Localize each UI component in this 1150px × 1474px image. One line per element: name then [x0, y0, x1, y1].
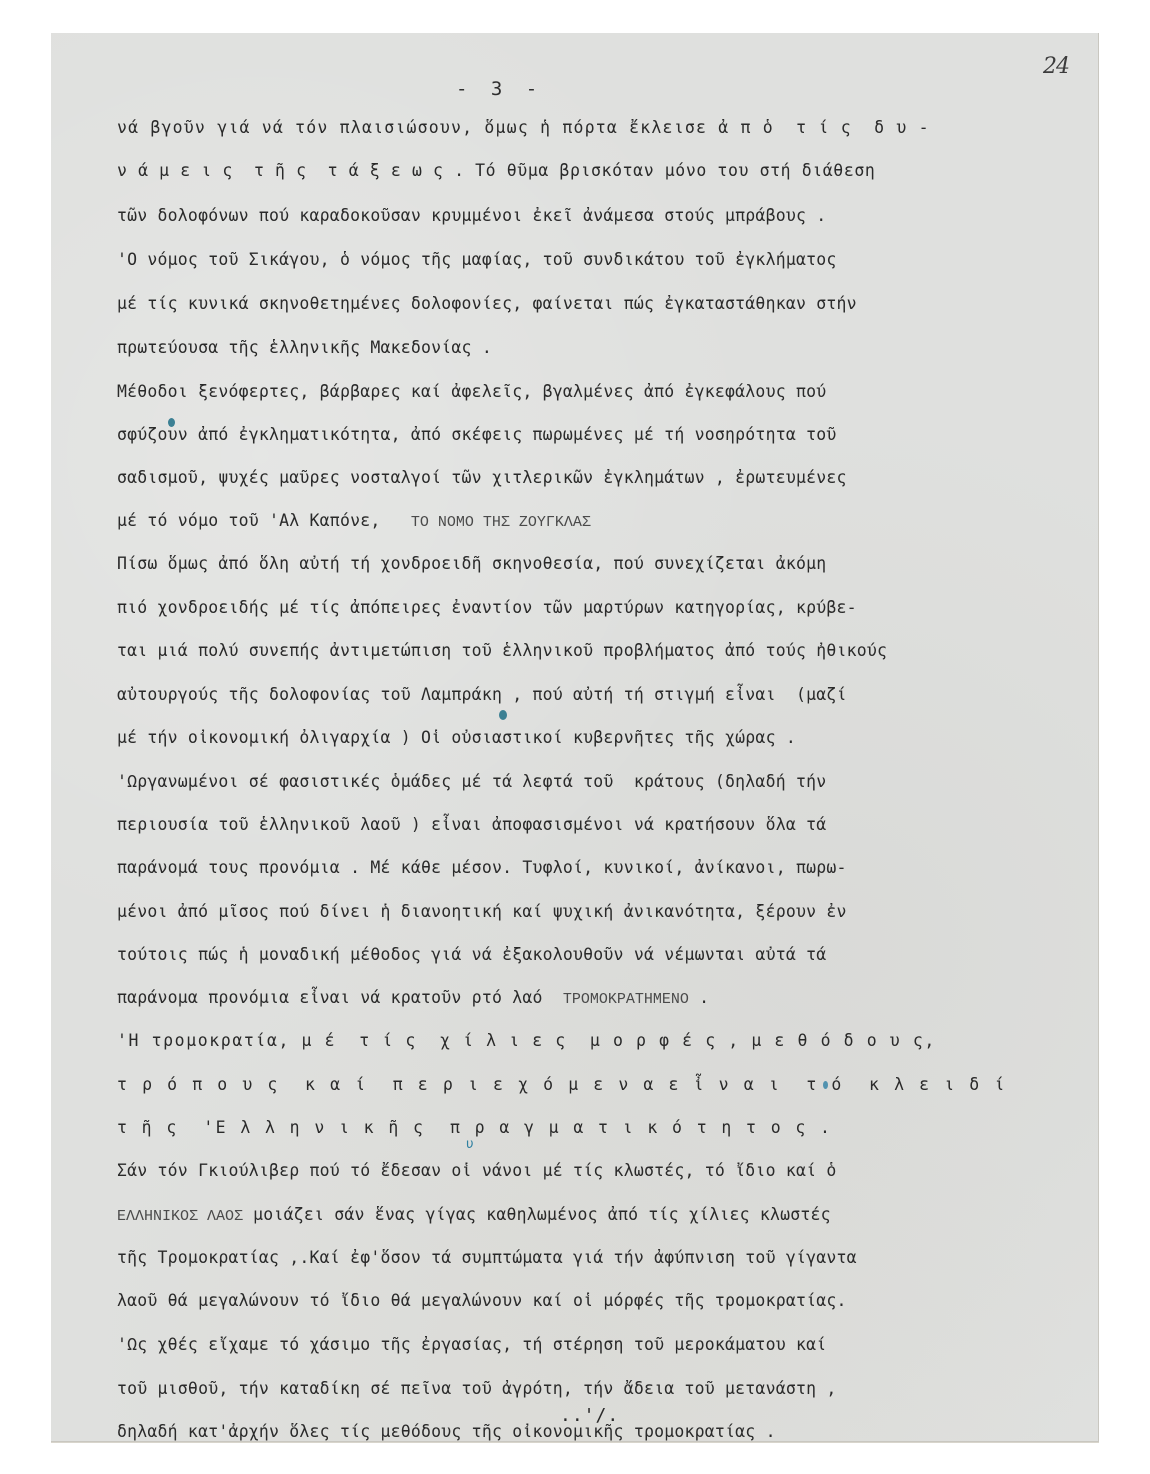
- text-line: μέ τίς κυνικά σκηνοθετημένες δολοφονίες,…: [117, 294, 857, 314]
- line-text: παράνομα προνόμια εἶναι νά κρατοῦν ρτό λ…: [117, 988, 543, 1007]
- text-line: Πίσω ὅμως ἀπό ὅλη αὐτή τή χονδροειδῆ σκη…: [117, 554, 826, 574]
- line-text: νά βγοῦν γιά νά τόν πλαισιώσουν, ὅμως ἡ …: [117, 118, 930, 137]
- ink-correction-mark: [823, 1081, 828, 1089]
- text-line: τοῦ μισθοῦ, τήν καταδίκη σέ πεῖνα τοῦ ἀγ…: [117, 1379, 837, 1399]
- line-text: μέ τίς κυνικά σκηνοθετημένες δολοφονίες,…: [117, 294, 857, 313]
- line-text: λαοῦ θά μεγαλώνουν τό ἴδιο θά μεγαλώνουν…: [117, 1291, 847, 1310]
- caps-phrase: ΕΛΛΗΝΙΚΟΣ ΛΑΟΣ: [117, 1208, 243, 1225]
- text-line: τῶν δολοφόνων πού καραδοκοῦσαν κρυμμένοι…: [117, 206, 826, 226]
- line-text: ν ά μ ε ι ς τ ῆ ς τ ά ξ ε ω ς . Τό θῦμα …: [117, 161, 875, 180]
- line-text: 'Η τρομοκρατία, μ έ τ ί ς χ ί λ ι ε ς μ …: [117, 1031, 936, 1050]
- line-text: πιό χονδροειδής μέ τίς ἀπόπειρες ἐναντίο…: [117, 598, 857, 617]
- text-line: μέ τήν οἰκονομική ὀλιγαρχία ) Οἱ οὐσιαστ…: [117, 728, 796, 748]
- line-tail: .: [689, 988, 709, 1007]
- line-text: αὐτουργούς τῆς δολοφονίας τοῦ Λαμπράκη ,…: [117, 685, 847, 704]
- text-line: ΕΛΛΗΝΙΚΟΣ ΛΑΟΣ μοιάζει σάν ἕνας γίγας κα…: [117, 1205, 831, 1227]
- text-line: μένοι ἀπό μῖσος πού δίνει ἡ διανοητική κ…: [117, 902, 847, 922]
- text-line: 'Ο νόμος τοῦ Σικάγου, ὁ νόμος τῆς μαφίας…: [117, 250, 837, 270]
- line-text: Σάν τόν Γκιούλιβερ πού τό ἔδεσαν οἱ νάνο…: [117, 1161, 837, 1180]
- text-line: νά βγοῦν γιά νά τόν πλαισιώσουν, ὅμως ἡ …: [117, 118, 930, 138]
- text-line: περιουσία τοῦ ἑλληνικοῦ λαοῦ ) εἶναι ἀπο…: [117, 815, 826, 835]
- text-line: σφύζουν ἀπό ἐγκληματικότητα, ἀπό σκέφεις…: [117, 425, 837, 445]
- line-text: παράνομά τους προνόμια . Μέ κάθε μέσον. …: [117, 858, 847, 877]
- ink-blot: [168, 418, 175, 427]
- text-line: τ ρ ό π ο υ ς κ α ί π ε ρ ι ε χ ό μ ε ν …: [117, 1075, 1007, 1095]
- line-text: μέ τήν οἰκονομική ὀλιγαρχία ) Οἱ οὐσιαστ…: [117, 728, 796, 747]
- line-text: 'Ο νόμος τοῦ Σικάγου, ὁ νόμος τῆς μαφίας…: [117, 250, 837, 269]
- text-line: σαδισμοῦ, ψυχές μαῦρες νοσταλγοί τῶν χιτ…: [117, 468, 847, 488]
- ink-blot: [499, 710, 507, 720]
- line-text: περιουσία τοῦ ἑλληνικοῦ λαοῦ ) εἶναι ἀπο…: [117, 815, 826, 834]
- text-line: τῆς Τρομοκρατίας ,.Καί ἐφ'ὅσον τά συμπτώ…: [117, 1248, 857, 1268]
- text-line: τούτοις πώς ἡ μοναδική μέθοδος γιά νά ἐξ…: [117, 945, 826, 965]
- line-text: ται μιά πολύ συνεπής ἀντιμετώπιση τοῦ ἑλ…: [117, 641, 887, 660]
- page-end-mark: ..'/.: [560, 1405, 619, 1426]
- line-text: Πίσω ὅμως ἀπό ὅλη αὐτή τή χονδροειδῆ σκη…: [117, 554, 826, 573]
- text-line: τ ῆ ς 'Ε λ λ η ν ι κ ῆ ς π ρ α γ μ α τ ι…: [117, 1118, 832, 1138]
- text-line: 'Ως χθές εἴχαμε τό χάσιμο τῆς ἐργασίας, …: [117, 1335, 826, 1355]
- text-line: πρωτεύουσα τῆς ἑλληνικῆς Μακεδονίας .: [117, 338, 492, 358]
- line-text: τῶν δολοφόνων πού καραδοκοῦσαν κρυμμένοι…: [117, 206, 826, 225]
- text-line: αὐτουργούς τῆς δολοφονίας τοῦ Λαμπράκη ,…: [117, 685, 847, 705]
- text-line: δηλαδή κατ'ἀρχήν ὅλες τίς μεθόδους τῆς ο…: [117, 1422, 776, 1442]
- text-line: ται μιά πολύ συνεπής ἀντιμετώπιση τοῦ ἑλ…: [117, 641, 887, 661]
- text-line: παράνομα προνόμια εἶναι νά κρατοῦν ρτό λ…: [117, 988, 709, 1010]
- line-text: μέ τό νόμο τοῦ 'Αλ Καπόνε,: [117, 511, 380, 530]
- line-text: σφύζουν ἀπό ἐγκληματικότητα, ἀπό σκέφεις…: [117, 425, 837, 444]
- handwritten-page-number: 24: [1043, 54, 1069, 79]
- caps-phrase: ΤΟ ΝΟΜΟ ΤΗΣ ΖΟΥΓΚΛΑΣ: [411, 514, 591, 531]
- line-text: σαδισμοῦ, ψυχές μαῦρες νοσταλγοί τῶν χιτ…: [117, 468, 847, 487]
- line-text: 'Ως χθές εἴχαμε τό χάσιμο τῆς ἐργασίας, …: [117, 1335, 826, 1354]
- line-text: Μέθοδοι ξενόφερτες, βάρβαρες καί ἀφελεῖς…: [117, 382, 826, 401]
- text-line: λαοῦ θά μεγαλώνουν τό ἴδιο θά μεγαλώνουν…: [117, 1291, 847, 1311]
- line-text: τῆς Τρομοκρατίας ,.Καί ἐφ'ὅσον τά συμπτώ…: [117, 1248, 857, 1267]
- line-text: μοιάζει σάν ἕνας γίγας καθηλωμένος ἀπό τ…: [253, 1205, 831, 1224]
- text-line: πιό χονδροειδής μέ τίς ἀπόπειρες ἐναντίο…: [117, 598, 857, 618]
- line-text: μένοι ἀπό μῖσος πού δίνει ἡ διανοητική κ…: [117, 902, 847, 921]
- caps-phrase: ΤΡΟΜΟΚΡΑΤΗΜΕΝΟ: [563, 991, 689, 1008]
- ink-correction: υ: [466, 1137, 474, 1152]
- text-line: ν ά μ ε ι ς τ ῆ ς τ ά ξ ε ω ς . Τό θῦμα …: [117, 161, 875, 181]
- line-text: τ ῆ ς 'Ε λ λ η ν ι κ ῆ ς π ρ α γ μ α τ ι…: [117, 1118, 832, 1137]
- text-line: μέ τό νόμο τοῦ 'Αλ Καπόνε, ΤΟ ΝΟΜΟ ΤΗΣ Ζ…: [117, 511, 591, 533]
- line-text: πρωτεύουσα τῆς ἑλληνικῆς Μακεδονίας .: [117, 338, 492, 357]
- line-text: τούτοις πώς ἡ μοναδική μέθοδος γιά νά ἐξ…: [117, 945, 826, 964]
- text-line: Μέθοδοι ξενόφερτες, βάρβαρες καί ἀφελεῖς…: [117, 382, 826, 402]
- line-text: τοῦ μισθοῦ, τήν καταδίκη σέ πεῖνα τοῦ ἀγ…: [117, 1379, 837, 1398]
- text-line: Σάν τόν Γκιούλιβερ πού τό ἔδεσαν οἱ νάνο…: [117, 1161, 837, 1181]
- typed-page-number: - 3 -: [456, 78, 543, 100]
- text-line: 'Η τρομοκρατία, μ έ τ ί ς χ ί λ ι ε ς μ …: [117, 1031, 936, 1051]
- line-text: τ ρ ό π ο υ ς κ α ί π ε ρ ι ε χ ό μ ε ν …: [117, 1075, 1007, 1094]
- line-text: δηλαδή κατ'ἀρχήν ὅλες τίς μεθόδους τῆς ο…: [117, 1422, 776, 1441]
- text-line: 'Ωργανωμένοι σέ φασιστικές ὁμάδες μέ τά …: [117, 772, 826, 792]
- line-text: 'Ωργανωμένοι σέ φασιστικές ὁμάδες μέ τά …: [117, 772, 826, 791]
- text-line: παράνομά τους προνόμια . Μέ κάθε μέσον. …: [117, 858, 847, 878]
